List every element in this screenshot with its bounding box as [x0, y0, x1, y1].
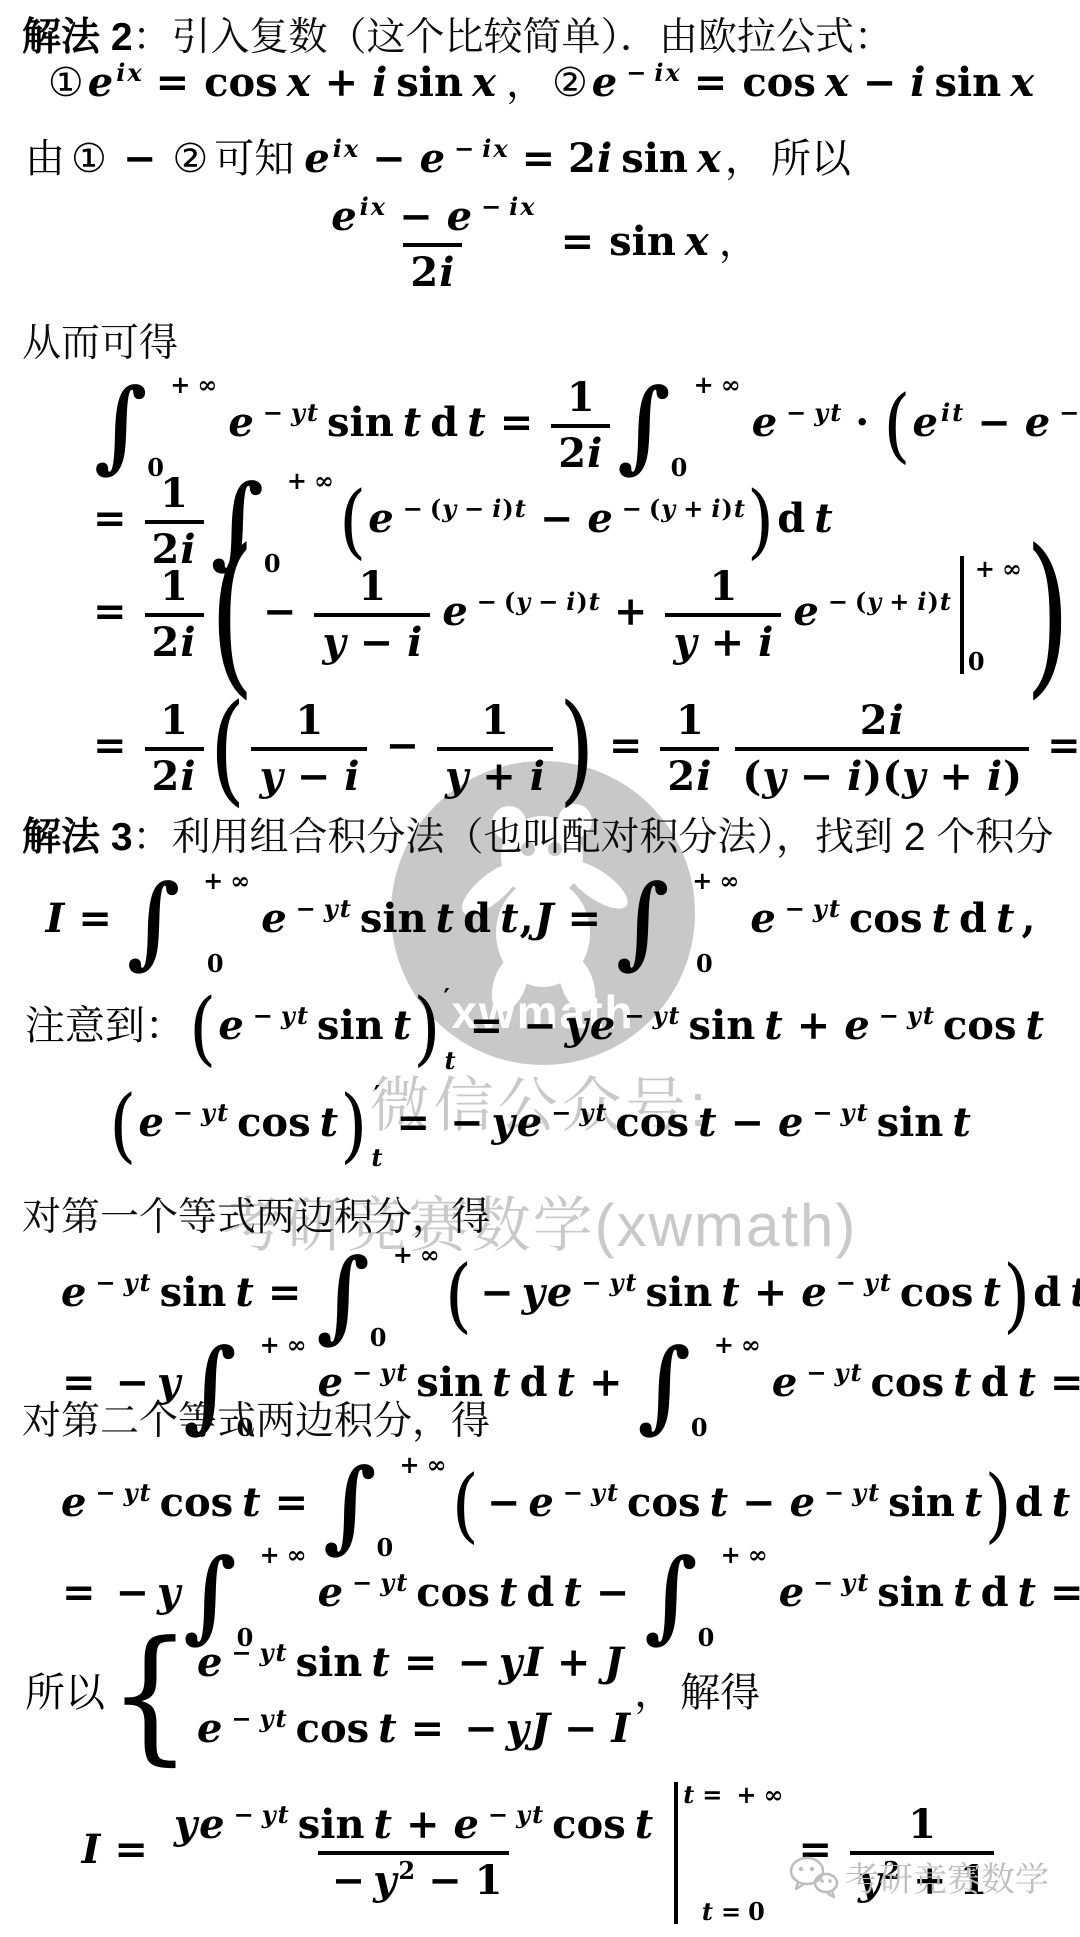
line-integrate-first-text: 对第一个等式两边积分，得 — [22, 1196, 490, 1239]
line-thus: 从而可得 — [22, 318, 1058, 371]
footer-watermark-text: 考研竞赛数学 — [845, 1852, 1049, 1901]
eq-euler-formulas: ①eix=cosx+isinx，②e−ix=cosx−isinx — [22, 62, 1058, 104]
eq-main-derivation-line3: =12i(−1y−ie−(y−i)t+1y+ie−(y+i)t+∞0) — [86, 556, 1058, 674]
solution-2-text: ：引入复数（这个比较简单）．由欧拉公式： — [133, 16, 894, 59]
solution-3-label: 解法 3 — [22, 816, 133, 859]
eq-define-I-J: I=∫+∞0e−ytsintdt,J=∫+∞0e−ytcostdt, — [22, 868, 1058, 976]
eq-sin-identity: eix−e−ix2i=sinx， — [22, 196, 1058, 294]
wechat-icon — [788, 1855, 840, 1899]
eq-second-integral-line2: =−y∫+∞0e−ytcostdt−∫+∞0e−ytsintdt=−yJ−I — [55, 1542, 1058, 1650]
footer-watermark: 考研竞赛数学 — [788, 1852, 1049, 1901]
line-integrate-second: 对第二个等式两边积分，得 — [22, 1396, 1058, 1449]
solution-3-heading: 解法 3：利用组合积分法（也叫配对积分法），找到 2 个积分 — [22, 812, 1058, 865]
eq-derivative-cos: (e−ytcost)′t=−ye−ytcost−e−ytsint — [22, 1082, 1058, 1170]
eq-derivative-sin: 注意到：(e−ytsint)′t=−ye−ytsint+e−ytcost — [22, 985, 1058, 1073]
solution-2-heading: 解法 2：引入复数（这个比较简单）．由欧拉公式： — [22, 12, 1058, 65]
line-thus-text: 从而可得 — [22, 322, 178, 365]
line-integrate-second-text: 对第二个等式两边积分，得 — [22, 1400, 490, 1443]
eq-cases-system: 所以{e−ytsint=−yI+Je−ytcost=−yJ−I，解得 — [22, 1642, 1058, 1750]
eq-main-derivation-line4: =12i(1y−i−1y+i)=12i2i(y−i)(y+i)=1y2+1 — [86, 700, 1058, 798]
solution-2-label: 解法 2 — [22, 16, 133, 59]
line-subtract-1-2: 由①−②可知eix−e−ix=2isinx，所以 — [22, 138, 1058, 180]
math-solution-document: xwmath 微信公众号: 考研竞赛数学(xwmath) 考研竞赛数学 解法 2… — [0, 0, 1080, 1937]
line-integrate-first: 对第一个等式两边积分，得 — [22, 1192, 1058, 1245]
solution-3-text: ：利用组合积分法（也叫配对积分法），找到 2 个积分 — [133, 816, 1054, 859]
